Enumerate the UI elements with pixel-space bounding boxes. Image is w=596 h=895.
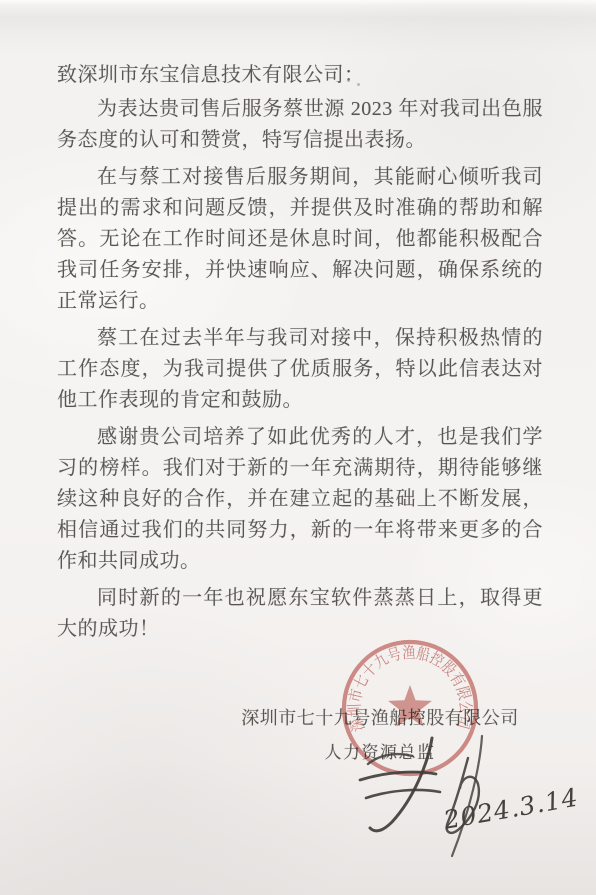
paragraph-4: 感谢贵公司培养了如此优秀的人才，也是我们学习的榜样。我们对于新的一年充满期待，期… xyxy=(57,422,543,577)
letter-body: 致深圳市东宝信息技术有限公司： 为表达贵司售后服务蔡世源 2023 年对我司出色… xyxy=(57,60,543,645)
photo-speck xyxy=(357,83,360,86)
paragraph-2: 在与蔡工对接售后服务期间，其能耐心倾听我司提出的需求和问题反馈，并提供及时准确的… xyxy=(57,162,543,317)
paragraph-3: 蔡工在过去半年与我司对接中，保持积极热情的工作态度，为我司提供了优质服务，特以此… xyxy=(57,323,543,416)
paragraph-1: 为表达贵司售后服务蔡世源 2023 年对我司出色服务态度的认可和赞赏，特写信提出… xyxy=(57,94,543,156)
photo-speck xyxy=(347,79,350,82)
salutation: 致深圳市东宝信息技术有限公司： xyxy=(57,60,543,91)
letter-photo: 致深圳市东宝信息技术有限公司： 为表达贵司售后服务蔡世源 2023 年对我司出色… xyxy=(0,0,596,895)
